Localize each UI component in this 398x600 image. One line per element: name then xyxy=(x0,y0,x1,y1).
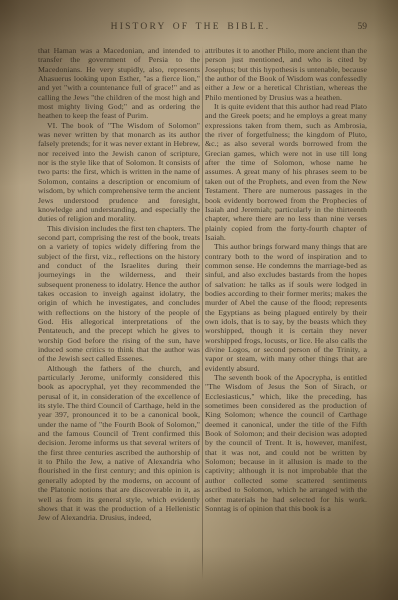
page-content-area: HISTORY OF THE BIBLE. 59 that Haman was … xyxy=(38,22,367,580)
page-number: 59 xyxy=(358,22,368,32)
right-paragraph-4: The seventh book of the Apocrypha, is en… xyxy=(205,373,367,513)
left-paragraph-2: VI. The book of "The Wisdom of Solomon" … xyxy=(38,121,200,224)
right-column: attributes it to another Philo, more anc… xyxy=(205,46,367,580)
right-paragraph-2: It is quite evident that this author had… xyxy=(205,102,367,242)
text-columns: that Haman was a Macedonian, and intende… xyxy=(38,46,367,580)
left-paragraph-4: Although the fathers of the church, and … xyxy=(38,364,200,523)
running-head: HISTORY OF THE BIBLE. 59 xyxy=(38,22,367,36)
scanned-book-page: HISTORY OF THE BIBLE. 59 that Haman was … xyxy=(0,0,398,600)
running-head-title: HISTORY OF THE BIBLE. xyxy=(38,22,343,32)
left-paragraph-1: that Haman was a Macedonian, and intende… xyxy=(38,46,200,121)
left-paragraph-3: This division includes the first ten cha… xyxy=(38,224,200,364)
column-divider-rule xyxy=(202,46,203,580)
right-paragraph-1: attributes it to another Philo, more anc… xyxy=(205,46,367,102)
left-column: that Haman was a Macedonian, and intende… xyxy=(38,46,200,580)
right-paragraph-3: This author brings forward many things t… xyxy=(205,242,367,373)
